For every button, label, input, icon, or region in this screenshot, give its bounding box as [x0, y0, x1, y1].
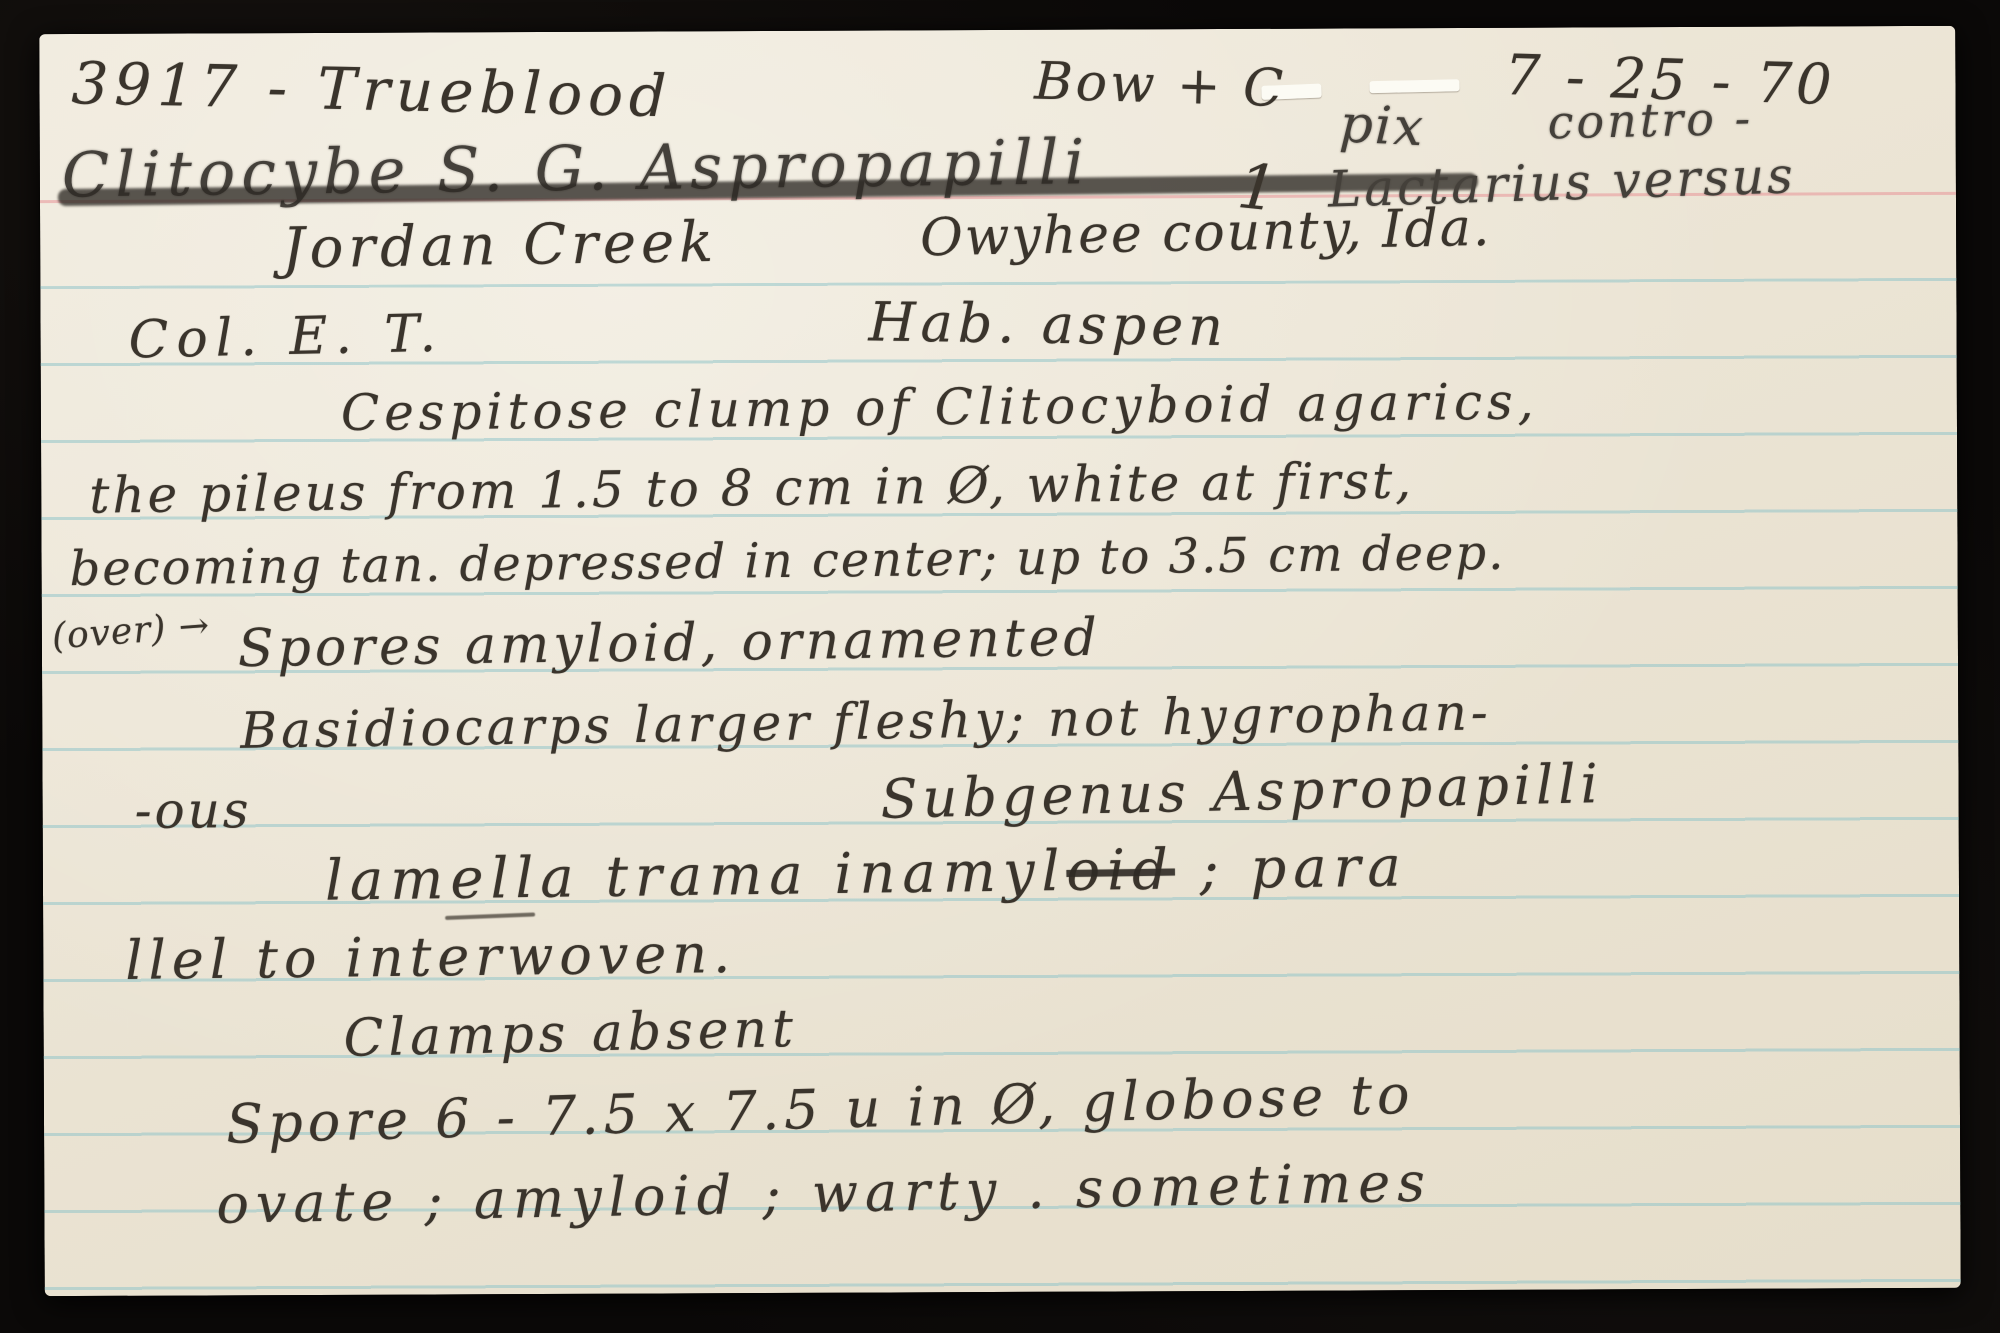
lamella-text-cont: ; para: [1174, 835, 1408, 903]
annotation-pix: pix: [1338, 98, 1426, 154]
header-code: Bow + C: [1034, 55, 1287, 115]
collection-number: 3917 - Trueblood: [71, 54, 673, 125]
annotation-contro: contro -: [1547, 95, 1753, 145]
note-lamella-cont: llel to interwoven.: [125, 927, 737, 988]
collector: Col. E. T.: [128, 308, 444, 367]
note-spores: Spores amyloid, ornamented: [238, 612, 1101, 675]
note-basidiocarps-cont: -ous: [135, 785, 252, 836]
insert-mark: 1: [1235, 155, 1280, 221]
note-cespitose: Cespitose clump of Clitocyboid agarics,: [341, 377, 1539, 438]
lamella-struck-text: oid: [1066, 838, 1175, 904]
paper-dent: [1369, 79, 1459, 93]
note-clamps: Clamps absent: [343, 1003, 798, 1065]
habitat: Hab. aspen: [868, 295, 1228, 354]
note-lamella: lamella trama inamyloid ; para: [325, 840, 1408, 910]
lamella-text: lamella trama inamyl: [325, 839, 1067, 914]
index-card: 3917 - Trueblood Bow + C 7 - 25 - 70 Cli…: [39, 26, 1960, 1296]
locality-creek: Jordan Creek: [282, 215, 719, 277]
note-pileus: the pileus from 1.5 to 8 cm in Ø, white …: [89, 456, 1414, 521]
locality-county: Owyhee county, Ida.: [920, 202, 1492, 264]
note-subgenus: Subgenus Aspropapilli: [880, 757, 1603, 827]
